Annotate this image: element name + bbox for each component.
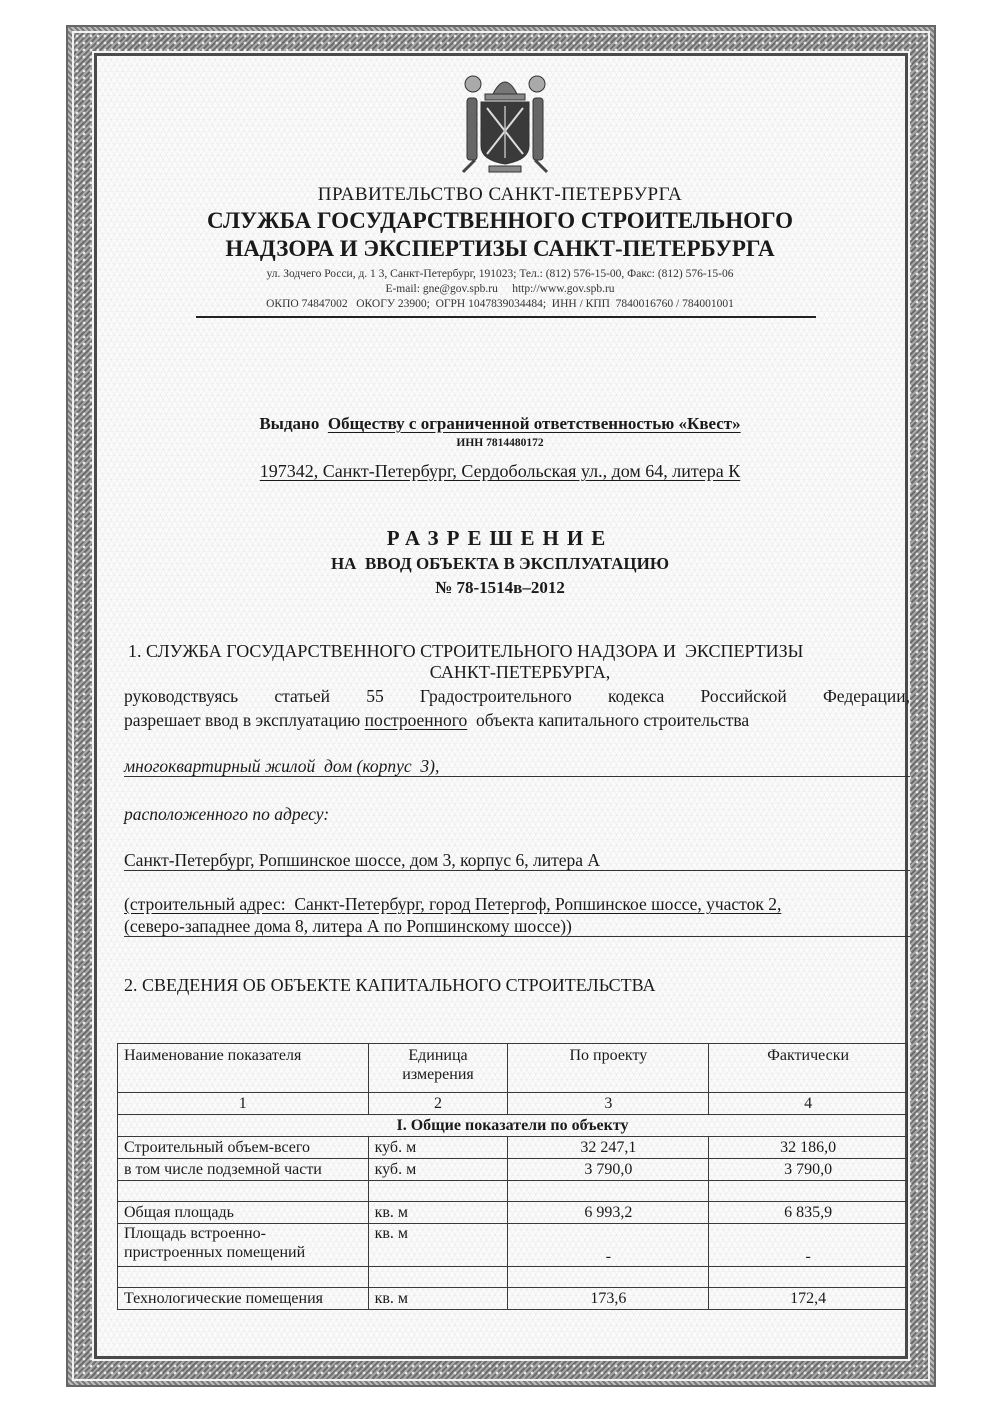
permission-text: разрешает ввод в эксплуатацию xyxy=(124,710,365,730)
row-actual-value: 32 186,0 xyxy=(709,1137,908,1159)
document-title: РАЗРЕШЕНИЕ xyxy=(0,526,1000,551)
row-actual-value xyxy=(709,1267,908,1288)
row-name: Общая площадь xyxy=(118,1202,369,1224)
row-project-value: 6 993,2 xyxy=(508,1202,709,1224)
issued-label: Выдано xyxy=(259,414,319,433)
row-actual-value: 6 835,9 xyxy=(709,1202,908,1224)
construction-address-line2: (северо-западнее дома 8, литера А по Роп… xyxy=(124,916,910,937)
table-row: Строительный объем-всего куб. м 32 247,1… xyxy=(118,1137,908,1159)
row-unit xyxy=(368,1181,508,1202)
column-number: 4 xyxy=(709,1093,908,1115)
construction-address-text2: (северо-западнее дома 8, литера А по Роп… xyxy=(124,916,572,936)
row-project-value xyxy=(508,1267,709,1288)
section1-legal-basis: руководствуясь статьей 55 Градостроитель… xyxy=(124,686,910,707)
permission-object-text: объекта капитального строительства xyxy=(467,710,749,730)
row-project-value xyxy=(508,1181,709,1202)
section2-heading: 2. СВЕДЕНИЯ ОБ ОБЪЕКТЕ КАПИТАЛЬНОГО СТРО… xyxy=(124,975,656,996)
row-actual-value xyxy=(709,1181,908,1202)
section1-heading-city: САНКТ-ПЕТЕРБУРГА, xyxy=(0,662,1000,683)
column-number: 2 xyxy=(368,1093,508,1115)
row-name: в том числе подземной части xyxy=(118,1159,369,1181)
row-unit: куб. м xyxy=(368,1159,508,1181)
table-header-row: Наименование показателя Единица измерени… xyxy=(118,1044,908,1093)
table-row: Технологические помещения кв. м 173,6 17… xyxy=(118,1288,908,1310)
table-row-empty xyxy=(118,1181,908,1202)
government-name: ПРАВИТЕЛЬСТВО САНКТ-ПЕТЕРБУРГА xyxy=(0,184,1000,206)
column-header-actual: Фактически xyxy=(709,1044,908,1093)
object-address-field: Санкт-Петербург, Ропшинское шоссе, дом 3… xyxy=(124,850,910,871)
row-name: Площадь встроенно-пристроенных помещений xyxy=(118,1224,369,1267)
issued-to: Выдано Обществу с ограниченной ответстве… xyxy=(0,414,1000,434)
document-subtitle: НА ВВОД ОБЪЕКТА В ЭКСПЛУАТАЦИЮ xyxy=(0,554,1000,574)
agency-contacts: ул. Зодчего Росси, д. 1 3, Санкт-Петербу… xyxy=(0,267,1000,312)
table-group-title: I. Общие показатели по объекту xyxy=(118,1115,908,1137)
row-unit: кв. м xyxy=(368,1288,508,1310)
row-name: Технологические помещения xyxy=(118,1288,369,1310)
object-name: многоквартирный жилой дом (корпус 3), xyxy=(124,756,439,776)
document-page: ПРАВИТЕЛЬСТВО САНКТ-ПЕТЕРБУРГА СЛУЖБА ГО… xyxy=(0,0,1000,1414)
table-row-empty xyxy=(118,1267,908,1288)
header-divider xyxy=(196,316,816,318)
row-actual-value: 3 790,0 xyxy=(709,1159,908,1181)
column-header-name: Наименование показателя xyxy=(118,1044,369,1093)
row-actual-value: - xyxy=(709,1224,908,1267)
table-row: в том числе подземной части куб. м 3 790… xyxy=(118,1159,908,1181)
agency-name-line1: СЛУЖБА ГОСУДАРСТВЕННОГО СТРОИТЕЛЬНОГО xyxy=(0,207,1000,235)
location-label: расположенного по адресу: xyxy=(124,804,329,825)
permission-built: построенного xyxy=(365,710,468,730)
row-project-value: - xyxy=(508,1224,709,1267)
row-name: Строительный объем-всего xyxy=(118,1137,369,1159)
section1-heading: 1. СЛУЖБА ГОСУДАРСТВЕННОГО СТРОИТЕЛЬНОГО… xyxy=(128,640,908,662)
column-header-unit: Единица измерения xyxy=(368,1044,508,1093)
contacts-address: ул. Зодчего Росси, д. 1 3, Санкт-Петербу… xyxy=(0,267,1000,282)
object-name-field: многоквартирный жилой дом (корпус 3), xyxy=(124,756,910,777)
row-unit: куб. м xyxy=(368,1137,508,1159)
agency-name: СЛУЖБА ГОСУДАРСТВЕННОГО СТРОИТЕЛЬНОГО НА… xyxy=(0,207,1000,263)
table-row: Общая площадь кв. м 6 993,2 6 835,9 xyxy=(118,1202,908,1224)
row-name xyxy=(118,1181,369,1202)
table-group-row: I. Общие показатели по объекту xyxy=(118,1115,908,1137)
row-name xyxy=(118,1267,369,1288)
contacts-registration-codes: ОКПО 74847002 ОКОГУ 23900; ОГРН 10478390… xyxy=(0,297,1000,312)
recipient-address: 197342, Санкт-Петербург, Сердобольская у… xyxy=(0,461,1000,482)
row-unit: кв. м xyxy=(368,1224,508,1267)
document-number: № 78-1514в–2012 xyxy=(0,578,1000,598)
recipient-inn: ИНН 7814480172 xyxy=(0,437,1000,449)
row-project-value: 32 247,1 xyxy=(508,1137,709,1159)
table-row: Площадь встроенно-пристроенных помещений… xyxy=(118,1224,908,1267)
agency-name-line2: НАДЗОРА И ЭКСПЕРТИЗЫ САНКТ-ПЕТЕРБУРГА xyxy=(0,235,1000,263)
issued-recipient: Обществу с ограниченной ответственностью… xyxy=(328,414,741,433)
contacts-email-web: E-mail: gne@gov.spb.ru http://www.gov.sp… xyxy=(0,282,1000,297)
object-address: Санкт-Петербург, Ропшинское шоссе, дом 3… xyxy=(124,850,600,870)
row-actual-value: 172,4 xyxy=(709,1288,908,1310)
column-number: 3 xyxy=(508,1093,709,1115)
row-unit xyxy=(368,1267,508,1288)
table-column-numbers-row: 1 2 3 4 xyxy=(118,1093,908,1115)
column-number: 1 xyxy=(118,1093,369,1115)
coat-of-arms-icon xyxy=(455,68,555,178)
construction-address-text1: (строительный адрес: Санкт-Петербург, го… xyxy=(124,894,781,914)
indicators-table: Наименование показателя Единица измерени… xyxy=(117,1043,908,1310)
construction-address-line1: (строительный адрес: Санкт-Петербург, го… xyxy=(124,894,910,914)
column-header-project: По проекту xyxy=(508,1044,709,1093)
row-project-value: 173,6 xyxy=(508,1288,709,1310)
row-project-value: 3 790,0 xyxy=(508,1159,709,1181)
section1-permission: разрешает ввод в эксплуатацию построенно… xyxy=(124,710,749,731)
row-unit: кв. м xyxy=(368,1202,508,1224)
